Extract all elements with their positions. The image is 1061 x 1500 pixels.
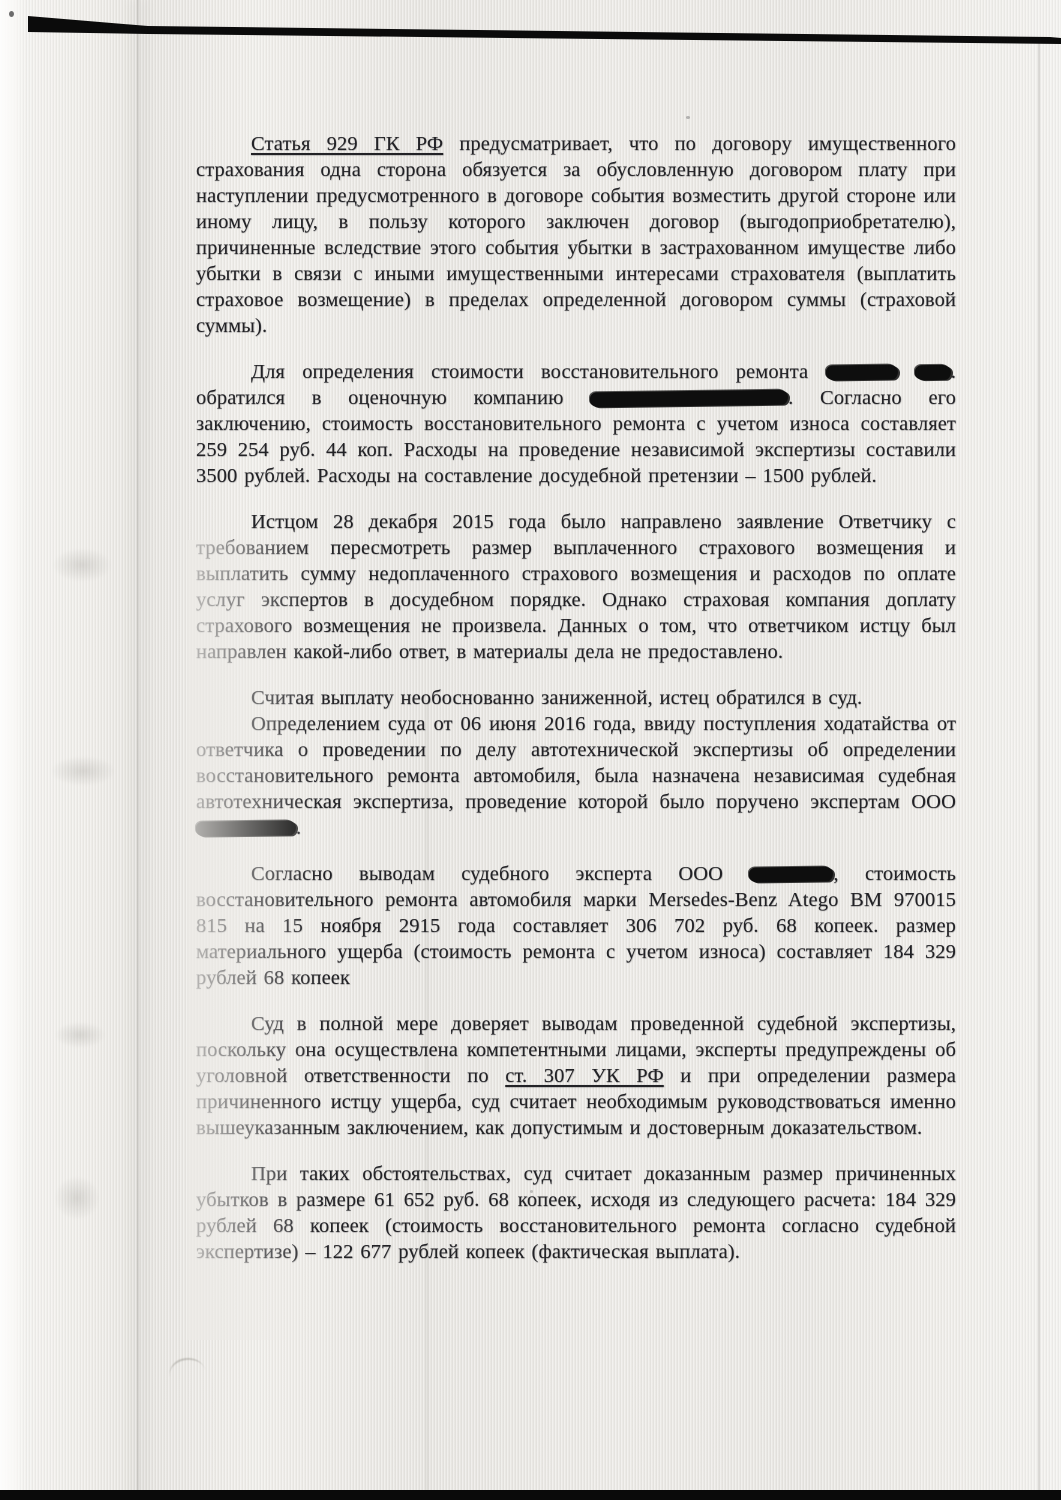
text-run: Согласно выводам судебного эксперта ООО: [251, 863, 749, 885]
paper-crease: [136, 0, 140, 1500]
text-run: При таких обстоятельствах, суд считает д…: [196, 1163, 956, 1263]
text-run: предусматривает, что по договору имущест…: [196, 133, 956, 337]
redaction-mark: [749, 866, 833, 882]
text-run: Определением суда от 06 июня 2016 года, …: [196, 713, 956, 813]
legal-reference: ст. 307 УК РФ: [505, 1065, 664, 1087]
redaction-mark: [915, 365, 951, 381]
document-text: Статья 929 ГК РФ предусматривает, что по…: [196, 131, 956, 1265]
legal-reference: Статья 929 ГК РФ: [251, 133, 443, 155]
scan-speck: [9, 11, 14, 17]
scan-top-edge-artifact: [0, 0, 1061, 60]
margin-smudge: [50, 756, 116, 786]
scan-left-edge-artifact: [0, 0, 26, 1500]
paragraph: Суд в полной мере доверяет выводам прове…: [196, 1011, 956, 1141]
paragraph: Истцом 28 декабря 2015 года было направл…: [196, 509, 956, 665]
text-run: Для определения стоимости восстановитель…: [251, 361, 826, 383]
margin-smudge: [52, 548, 112, 582]
paragraph: Считая выплату необоснованно заниженной,…: [196, 685, 956, 711]
redaction-mark: [196, 820, 296, 836]
pencil-mark: [166, 1354, 205, 1380]
redaction-mark: [825, 364, 897, 380]
margin-smudge: [54, 1022, 106, 1048]
paragraph: Статья 929 ГК РФ предусматривает, что по…: [196, 131, 956, 339]
text-run: [898, 361, 915, 383]
scanned-court-document-page: Статья 929 ГК РФ предусматривает, что по…: [0, 0, 1061, 1500]
redaction-mark: [590, 390, 788, 408]
margin-smudge: [54, 1176, 100, 1220]
paragraph: Определением суда от 06 июня 2016 года, …: [196, 711, 956, 841]
text-run: .: [296, 817, 301, 839]
scan-bottom-edge-artifact: [0, 1490, 1061, 1500]
paper-right-edge: [1038, 40, 1040, 1490]
text-run: Истцом 28 декабря 2015 года было направл…: [196, 511, 956, 663]
paragraph: Согласно выводам судебного эксперта ООО …: [196, 861, 956, 991]
text-run: Считая выплату необоснованно заниженной,…: [251, 687, 862, 709]
scan-speck: [686, 116, 690, 119]
paragraph: При таких обстоятельствах, суд считает д…: [196, 1161, 956, 1265]
paragraph: Для определения стоимости восстановитель…: [196, 359, 956, 489]
